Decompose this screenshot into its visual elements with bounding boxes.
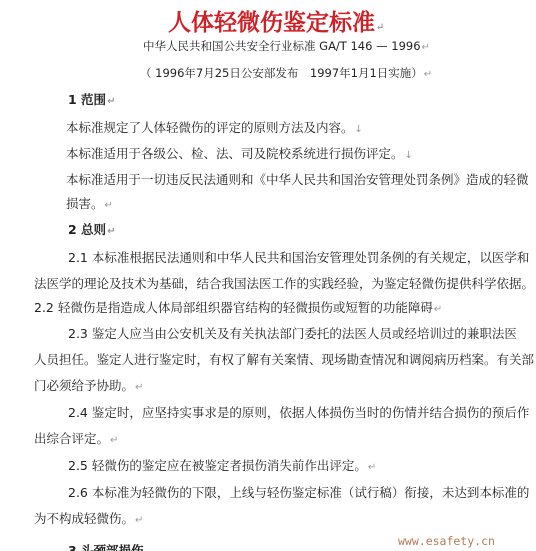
paragraph: 人员担任。鉴定人进行鉴定时，有权了解有关案情、现场勘查情况和调阅病历档案。有关部 bbox=[34, 352, 534, 368]
paragraph-mark-icon: ↵ bbox=[107, 96, 115, 107]
section-heading-scope: 1 范围↵ bbox=[68, 92, 115, 110]
paragraph: 2.6 本标准为轻微伤的下限，上线与轻伤鉴定标准（试行稿）衔接，未达到本标准的 bbox=[68, 485, 529, 501]
paragraph: 损害。↵ bbox=[66, 196, 113, 214]
watermark: www.esafety.cn bbox=[398, 534, 495, 548]
document-subtitle: 中华人民共和国公共安全行业标准 GA/T 146 — 1996↵ bbox=[143, 38, 430, 56]
paragraph: 本标准适用于各级公、检、法、司及院校系统进行损伤评定。↓ bbox=[66, 146, 413, 164]
line-break-icon: ↓ bbox=[405, 150, 413, 161]
paragraph-mark-icon: ↵ bbox=[434, 304, 442, 315]
paragraph-mark-icon: ↵ bbox=[368, 462, 376, 473]
paragraph: 2.5 轻微伤的鉴定应在被鉴定者损伤消失前作出评定。↵ bbox=[68, 458, 376, 476]
paragraph-mark-icon: ↵ bbox=[376, 22, 384, 33]
paragraph-mark-icon: ↵ bbox=[422, 42, 430, 53]
paragraph-mark-icon: ↵ bbox=[135, 382, 143, 393]
paragraph-mark-icon: ↵ bbox=[107, 226, 115, 237]
paragraph-mark-icon: ↵ bbox=[424, 69, 432, 80]
paragraph-mark-icon: ↵ bbox=[135, 515, 143, 526]
paragraph-mark-icon: ↵ bbox=[110, 435, 118, 446]
paragraph: 2.2 轻微伤是指造成人体局部组织器官结构的轻微损伤或短暂的功能障碍↵ bbox=[34, 300, 442, 318]
paragraph: 法医学的理论及技术为基础，结合我国法医工作的实践经验，为鉴定轻微伤提供科学依据。 bbox=[34, 276, 534, 292]
paragraph: 本标准规定了人体轻微伤的评定的原则方法及内容。↓ bbox=[66, 120, 363, 138]
paragraph: 出综合评定。↵ bbox=[34, 431, 118, 449]
section-heading-head-neck: 3 头颈部损伤 bbox=[68, 543, 144, 551]
paragraph: 2.1 本标准根据民法通则和中华人民共和国治安管理处罚条例的有关规定，以医学和 bbox=[68, 250, 529, 266]
section-heading-general: 2 总则↵ bbox=[68, 222, 115, 240]
document-dates: （ 1996年7月25日公安部发布 1997年1月1日实施）↵ bbox=[140, 65, 432, 83]
paragraph: 门必须给予协助。↵ bbox=[34, 378, 143, 396]
paragraph-mark-icon: ↵ bbox=[105, 200, 113, 211]
document-title: 人体轻微伤鉴定标准↵ bbox=[168, 4, 384, 37]
paragraph: 为不构成轻微伤。↵ bbox=[34, 511, 143, 529]
paragraph: 2.4 鉴定时，应坚持实事求是的原则，依据人体损伤当时的伤情并结合损伤的预后作 bbox=[68, 405, 529, 421]
line-break-icon: ↓ bbox=[355, 124, 363, 135]
paragraph: 本标准适用于一切违反民法通则和《中华人民共和国治安管理处罚条例》造成的轻微 bbox=[66, 172, 529, 188]
paragraph: 2.3 鉴定人应当由公安机关及有关执法部门委托的法医人员或经培训过的兼职法医 bbox=[68, 326, 517, 342]
